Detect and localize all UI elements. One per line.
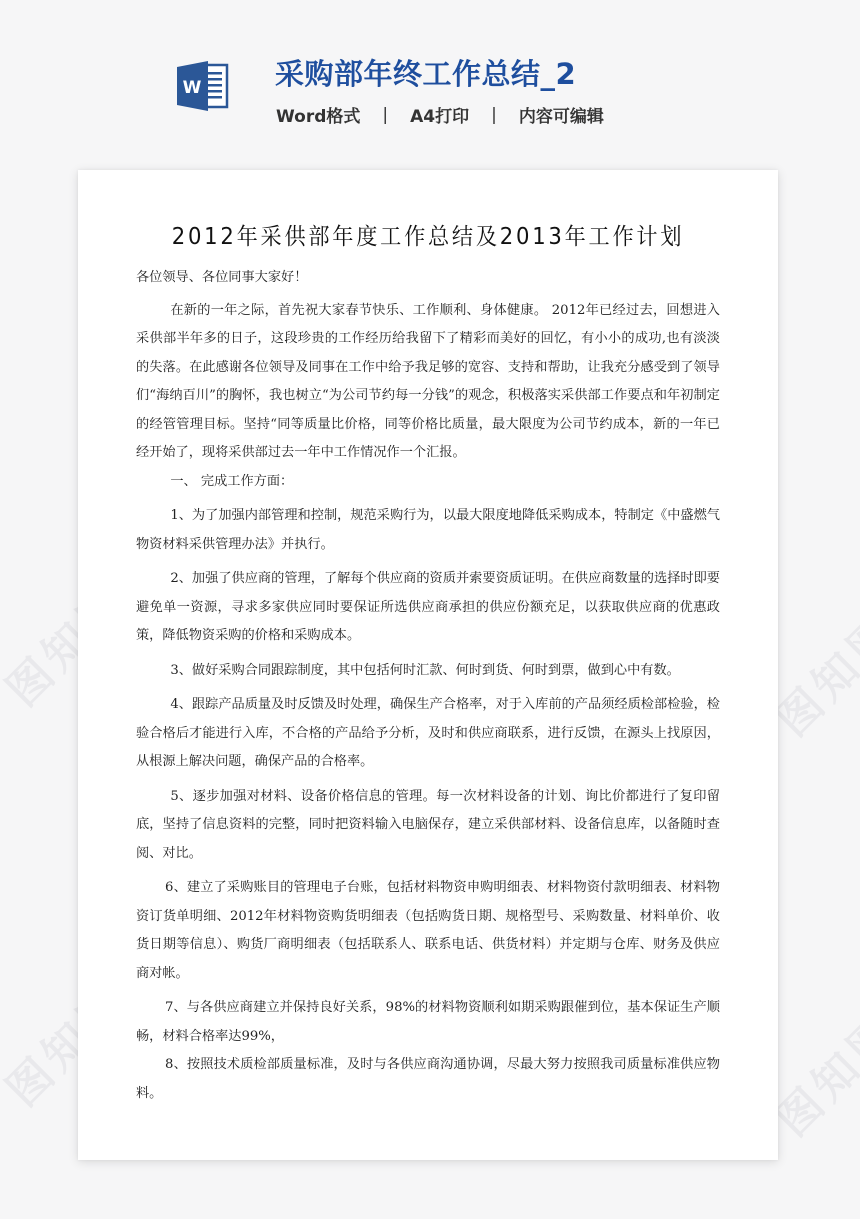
- meta-print: A4打印: [410, 102, 469, 127]
- document-meta: Word格式 | A4打印 | 内容可编辑: [276, 102, 604, 127]
- intro-paragraph: 在新的一年之际，首先祝大家春节快乐、工作顺利、身体健康。 2012年已经过去，回…: [136, 297, 720, 468]
- list-item: 5、逐步加强对材料、设备价格信息的管理。每一次材料设备的计划、询比价都进行了复印…: [136, 783, 720, 869]
- svg-text:W: W: [183, 78, 202, 98]
- meta-separator: |: [382, 105, 388, 125]
- document-page: 2012年采供部年度工作总结及2013年工作计划 各位领导、各位同事大家好！ 在…: [78, 170, 778, 1160]
- word-icon: W: [175, 60, 231, 112]
- list-item: 4、跟踪产品质量及时反馈及时处理，确保生产合格率，对于入库前的产品须经质检部检验…: [136, 691, 720, 777]
- section-heading: 一、 完成工作方面：: [136, 468, 720, 497]
- greeting: 各位领导、各位同事大家好！: [136, 264, 720, 293]
- meta-format: Word格式: [276, 102, 360, 127]
- list-item: 6、建立了采购账目的管理电子台账，包括材料物资申购明细表、材料物资付款明细表、材…: [136, 874, 720, 988]
- document-title: 采购部年终工作总结_2: [275, 52, 576, 93]
- page-title: 2012年采供部年度工作总结及2013年工作计划: [106, 218, 750, 251]
- header: W 采购部年终工作总结_2 Word格式 | A4打印 | 内容可编辑: [0, 0, 860, 160]
- list-item: 8、按照技术质检部质量标准，及时与各供应商沟通协调，尽最大努力按照我司质量标准供…: [136, 1051, 720, 1108]
- meta-editable: 内容可编辑: [519, 102, 604, 127]
- list-item: 7、与各供应商建立并保持良好关系，98%的材料物资顺利如期采购跟催到位，基本保证…: [136, 994, 720, 1051]
- list-item: 1、为了加强内部管理和控制，规范采购行为，以最大限度地降低采购成本，特制定《中盛…: [136, 502, 720, 559]
- list-item: 3、做好采购合同跟踪制度，其中包括何时汇款、何时到货、何时到票，做到心中有数。: [136, 657, 720, 686]
- meta-separator: |: [491, 105, 497, 125]
- document-body: 各位领导、各位同事大家好！ 在新的一年之际，首先祝大家春节快乐、工作顺利、身体健…: [136, 264, 720, 1108]
- list-item: 2、加强了供应商的管理，了解每个供应商的资质并索要资质证明。在供应商数量的选择时…: [136, 565, 720, 651]
